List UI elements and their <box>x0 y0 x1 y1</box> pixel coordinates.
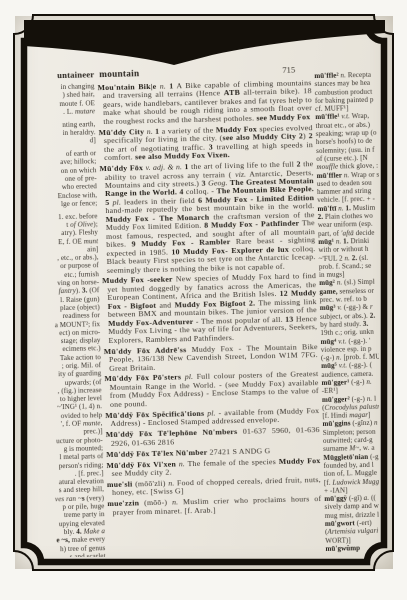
dictionary-entry: Muddy Fox -seeker New species of Muddy F… <box>102 273 318 346</box>
right-column-fragments: mū'ffle² n. Receptastances may be heacom… <box>314 71 379 554</box>
fragment-line: [f. Ludowick Mugg <box>324 477 379 487</box>
left-column-heading: untaineer <box>32 69 94 80</box>
dictionary-entry: Mū'ddy Fōx v. adj. & n. 1 the art of liv… <box>99 160 316 275</box>
left-column-fragments: in changing) shed hair,moute f. OE. L. m… <box>32 82 105 557</box>
dictionary-entry: Mū'ddy Fōx Addrē'ss Muddy Fox - The Moun… <box>104 343 319 373</box>
guide-word: mountain <box>99 68 139 79</box>
dictionary-entry: Mū'ddy City n. 1 a variety of the Muddy … <box>99 124 314 163</box>
fragment-line: prob. f. Scand.; se <box>319 261 379 271</box>
fragment-line: mū'gwŭmp <box>325 543 379 553</box>
right-text-column: mū'ffle² n. Receptastances may be heacom… <box>314 52 379 557</box>
scanned-dictionary-page: untaineer in changing) shed hair,moute f… <box>0 0 407 600</box>
page-number: 715 <box>282 65 295 75</box>
dictionary-entry: mue'zzin (mōō-) n. Muslim crier who proc… <box>107 495 321 517</box>
dictionary-entry: Mou'ntain Bik|e n. 1 A Bike capable of c… <box>97 79 312 126</box>
left-text-column: untaineer in changing) shed hair,moute f… <box>32 55 106 557</box>
dictionary-entry: Mū'ddÿ Fōx Tē'lephōne Nū'mbers 01-637 59… <box>106 426 320 448</box>
main-text-column: mountain 715 Mou'ntain Bik|e n. 1 A Bike… <box>97 52 323 557</box>
page-content: untaineer in changing) shed hair,moute f… <box>32 52 379 557</box>
fragment-line: lge or fence; <box>35 199 97 209</box>
running-header: mountain 715 <box>97 52 312 79</box>
fragment-line: in heraldry. <box>34 128 96 138</box>
dictionary-entries: Mou'ntain Bik|e n. 1 A Bike capable of c… <box>97 79 321 517</box>
fragment-line: s and scarlet <box>44 552 106 557</box>
dictionary-entry: Mū'ddy Fōx Pō'sters pl. Full colour post… <box>104 371 319 410</box>
fragment-line: (Artemisia vulgari <box>325 527 379 537</box>
fragment-line: mū'gger¹ (-g-) n. <box>321 377 379 387</box>
fragment-line: . L. mutare <box>33 107 95 117</box>
